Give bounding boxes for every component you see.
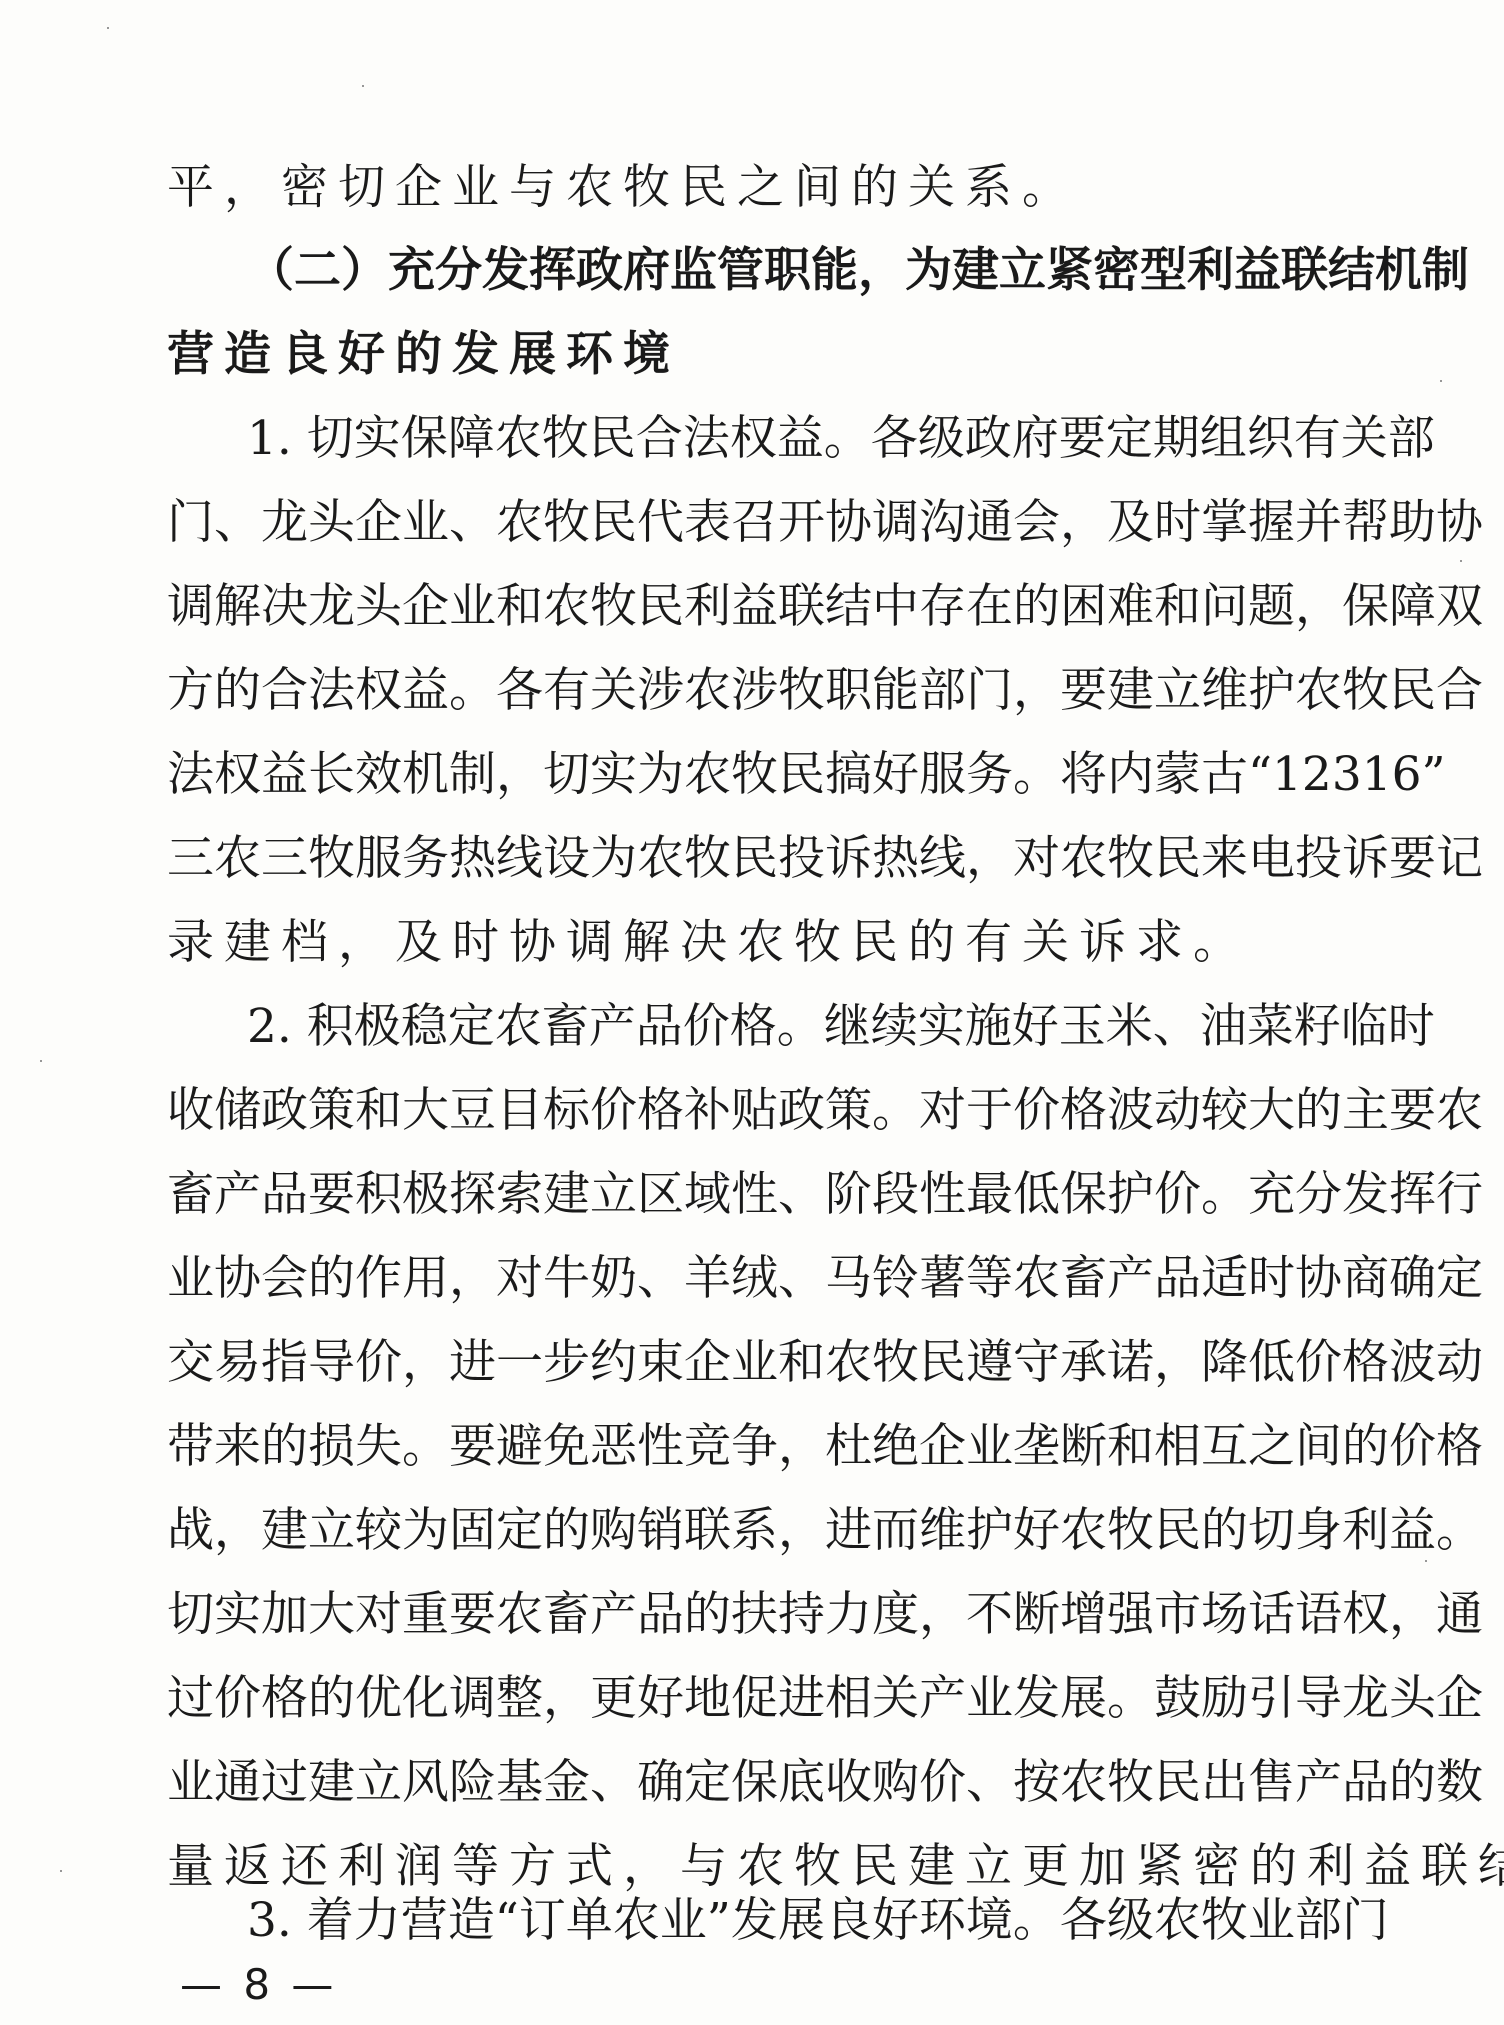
paragraph-line: 方的合法权益。各有关涉农涉牧职能部门，要建立维护农牧民合 <box>167 661 1347 721</box>
scan-speck <box>1425 1560 1427 1562</box>
paragraph-line: 量返还利润等方式，与农牧民建立更加紧密的利益联结机制。 <box>167 1837 1504 1897</box>
page-number: — 8 — <box>180 1960 337 2010</box>
paragraph-line: 业通过建立风险基金、确定保底收购价、按农牧民出售产品的数 <box>167 1753 1347 1813</box>
scan-speck <box>107 27 109 29</box>
paragraph-line: 战，建立较为固定的购销联系，进而维护好农牧民的切身利益。 <box>167 1501 1347 1561</box>
paragraph-line: 切实加大对重要农畜产品的扶持力度，不断增强市场话语权，通 <box>167 1585 1347 1645</box>
scan-speck <box>1430 1200 1432 1202</box>
paragraph-line: 调解决龙头企业和农牧民利益联结中存在的困难和问题，保障双 <box>167 577 1347 637</box>
paragraph-line: 收储政策和大豆目标价格补贴政策。对于价格波动较大的主要农 <box>167 1081 1347 1141</box>
section-heading-line: （二）充分发挥政府监管职能，为建立紧密型利益联结机制 <box>247 241 1347 301</box>
scan-speck <box>362 85 364 87</box>
paragraph-line: 录建档，及时协调解决农牧民的有关诉求。 <box>167 913 1250 973</box>
paragraph-line: 三农三牧服务热线设为农牧民投诉热线，对农牧民来电投诉要记 <box>167 829 1347 889</box>
paragraph-line: 平，密切企业与农牧民之间的关系。 <box>167 158 1079 218</box>
paragraph-line: 业协会的作用，对牛奶、羊绒、马铃薯等农畜产品适时协商确定 <box>167 1249 1347 1309</box>
paragraph-line: 3. 着力营造“订单农业”发展良好环境。各级农牧业部门 <box>247 1891 1347 1951</box>
paragraph-line: 1. 切实保障农牧民合法权益。各级政府要定期组织有关部 <box>247 409 1347 469</box>
scan-speck <box>40 1060 42 1062</box>
scan-speck <box>60 1870 62 1872</box>
paragraph-line: 过价格的优化调整，更好地促进相关产业发展。鼓励引导龙头企 <box>167 1669 1347 1729</box>
paragraph-line: 法权益长效机制，切实为农牧民搞好服务。将内蒙古“12316” <box>167 745 1347 805</box>
paragraph-line: 门、龙头企业、农牧民代表召开协调沟通会，及时掌握并帮助协 <box>167 493 1347 553</box>
section-heading-line: 营造良好的发展环境 <box>167 325 680 385</box>
paragraph-line: 畜产品要积极探索建立区域性、阶段性最低保护价。充分发挥行 <box>167 1165 1347 1225</box>
paragraph-line: 交易指导价，进一步约束企业和农牧民遵守承诺，降低价格波动 <box>167 1333 1347 1393</box>
scan-speck <box>1440 380 1442 382</box>
paragraph-line: 带来的损失。要避免恶性竞争，杜绝企业垄断和相互之间的价格 <box>167 1417 1347 1477</box>
scan-speck <box>1460 560 1462 562</box>
paragraph-line: 2. 积极稳定农畜产品价格。继续实施好玉米、油菜籽临时 <box>247 997 1347 1057</box>
